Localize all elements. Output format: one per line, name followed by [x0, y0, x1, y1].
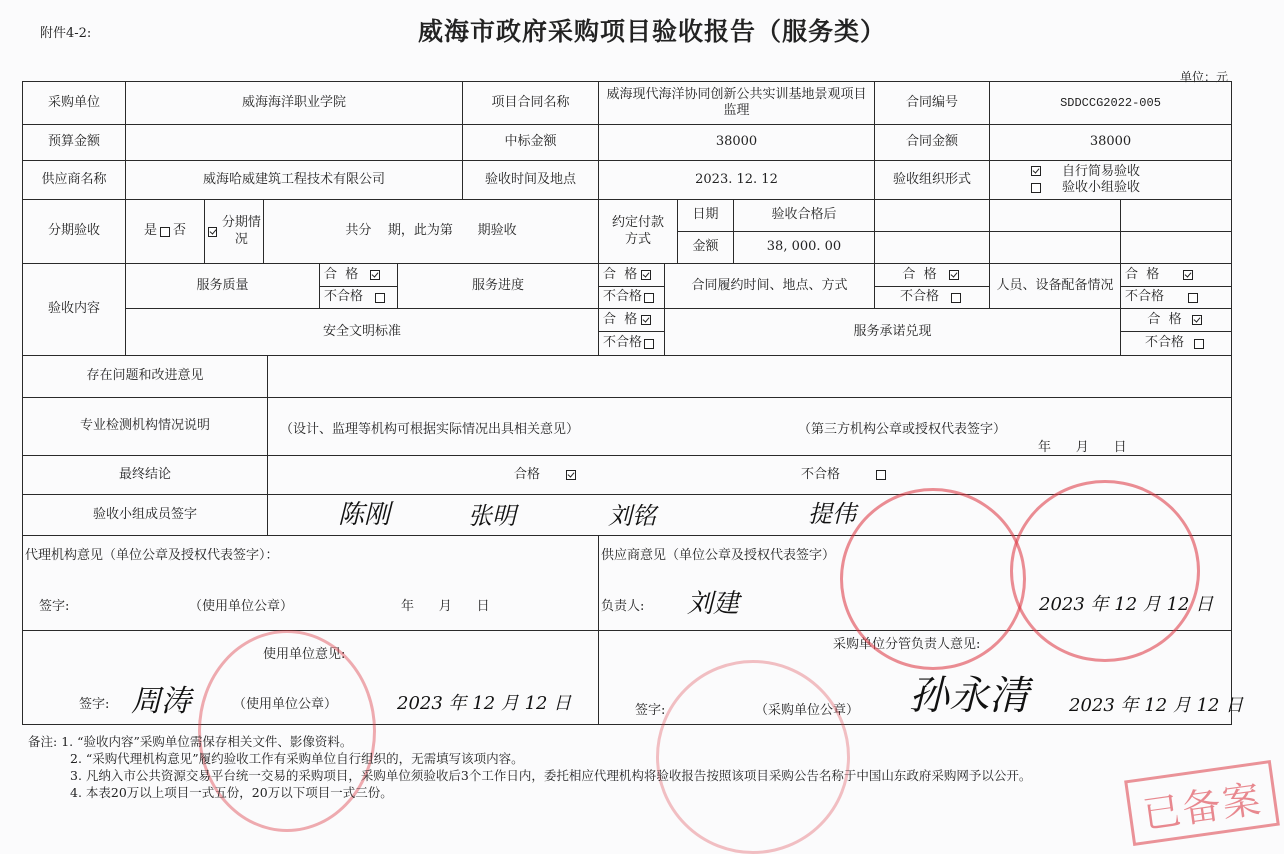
- item-service-commitment: 服务承诺兑现: [664, 308, 1121, 356]
- contract-amount-value: 38000: [989, 124, 1232, 161]
- supplier-opinion[interactable]: 供应商意见（单位公章及授权代表签字） 负责人: 刘建 2023 年 12 月 1…: [598, 535, 1232, 631]
- checkbox-personnel-equipment-fail[interactable]: [1188, 293, 1198, 303]
- item-service-quality: 服务质量: [125, 263, 320, 309]
- blank-cell: [989, 231, 1121, 264]
- checkbox-contract-performance-pass[interactable]: [949, 270, 959, 280]
- item-service-progress: 服务进度: [397, 263, 599, 309]
- blank-cell: [1120, 231, 1232, 264]
- service-progress-fail: 不合格: [598, 286, 665, 309]
- org-form-option-self[interactable]: 自行简易验收: [1028, 164, 1140, 180]
- payment-amount-value: 38, 000. 00: [733, 231, 875, 264]
- checkbox-safety-pass[interactable]: [641, 315, 651, 325]
- checkbox-conclusion-pass[interactable]: [566, 470, 576, 480]
- checkbox-service-quality-fail[interactable]: [375, 293, 385, 303]
- item-safety-standard: 安全文明标准: [125, 308, 599, 356]
- contract-name-label: 项目合同名称: [462, 81, 599, 125]
- user-signature: 周涛: [131, 683, 191, 721]
- accept-time-value: 2023. 12. 12: [598, 160, 875, 200]
- team-signature-2: 张明: [468, 501, 516, 531]
- buyer-value: 威海海洋职业学院: [125, 81, 463, 125]
- budget-label: 预算金额: [22, 124, 126, 161]
- checkbox-personnel-equipment-pass[interactable]: [1183, 270, 1193, 280]
- conclusion-value: 合格 不合格: [267, 455, 1232, 495]
- contract-no-value: SDDCCG2022-005: [989, 81, 1232, 125]
- checkbox-safety-fail[interactable]: [644, 339, 654, 349]
- payment-date-label: 日期: [677, 199, 734, 232]
- note-3: 3. 凡纳入市公共资源交易平台统一交易的采购项目，采购单位须验收后3个工作日内，…: [28, 767, 1031, 784]
- checkbox-contract-performance-fail[interactable]: [951, 293, 961, 303]
- org-form-options: 自行简易验收 验收小组验收: [989, 160, 1232, 200]
- org-form-option-team[interactable]: 验收小组验收: [1028, 180, 1140, 196]
- buyer-sign-label: 签字:: [635, 703, 665, 719]
- org-form-label: 验收组织形式: [874, 160, 990, 200]
- conclusion-fail[interactable]: 不合格: [801, 467, 889, 483]
- buyer-opinion-label: 采购单位分管负责人意见:: [833, 637, 980, 653]
- accept-time-label: 验收时间及地点: [462, 160, 599, 200]
- note-2: 2. “采购代理机构意见”履约验收工作有采购单位自行组织的，无需填写该项内容。: [28, 750, 1031, 767]
- agency-opinion-label: 代理机构意见（单位公章及授权代表签字）：: [25, 548, 279, 564]
- team-sign-label: 验收小组成员签字: [22, 494, 268, 536]
- budget-value: [125, 124, 463, 161]
- contract-performance-pass: 合 格: [874, 263, 990, 287]
- safety-pass: 合 格: [598, 308, 665, 332]
- team-signature-1: 陈刚: [338, 499, 390, 532]
- checkbox-conclusion-fail[interactable]: [876, 470, 886, 480]
- personnel-equipment-pass: 合 格: [1120, 263, 1232, 287]
- payment-amount-label: 金额: [677, 231, 734, 264]
- supplier-value: 威海哈威建筑工程技术有限公司: [125, 160, 463, 200]
- inspection-date: 年 月 日: [1038, 440, 1127, 456]
- checkbox-installment-yes[interactable]: [160, 227, 170, 237]
- buyer-label: 采购单位: [22, 81, 126, 125]
- issues-value[interactable]: [267, 355, 1232, 398]
- contract-amount-label: 合同金额: [874, 124, 990, 161]
- note-4: 4. 本表20万以上项目一式五份，20万以下项目一式三份。: [28, 784, 1031, 801]
- note-1: 1. “验收内容”采购单位需保存相关文件、影像资料。: [61, 734, 352, 749]
- user-sign-label: 签字:: [79, 697, 109, 713]
- filed-stamp: 已备案: [1124, 760, 1280, 846]
- service-quality-pass: 合 格: [319, 263, 398, 287]
- checkbox-service-commitment-pass[interactable]: [1192, 315, 1202, 325]
- notes: 备注: 1. “验收内容”采购单位需保存相关文件、影像资料。 2. “采购代理机…: [28, 733, 1031, 801]
- inspection-value[interactable]: （设计、监理等机构可根据实际情况出具相关意见） （第三方机构公章或授权代表签字）…: [267, 397, 1232, 456]
- user-date: 2023 年 12 月 12 日: [397, 693, 571, 716]
- agency-opinion[interactable]: 代理机构意见（单位公章及授权代表签字）： 签字: （使用单位公章） 年 月 日: [22, 535, 599, 631]
- blank-cell: [874, 231, 990, 264]
- contract-performance-fail: 不合格: [874, 286, 990, 309]
- agency-seal-hint: （使用单位公章）: [189, 599, 293, 615]
- inspection-sign-hint: （第三方机构公章或授权代表签字）: [798, 422, 1006, 438]
- bid-amount-value: 38000: [598, 124, 875, 161]
- contract-no-label: 合同编号: [874, 81, 990, 125]
- user-opinion[interactable]: 使用单位意见: 签字: 周涛 （使用单位公章） 2023 年 12 月 12 日: [22, 630, 599, 725]
- item-contract-performance: 合同履约时间、地点、方式: [664, 263, 875, 309]
- issues-label: 存在问题和改进意见: [22, 355, 268, 398]
- checkbox-service-quality-pass[interactable]: [370, 270, 380, 280]
- buyer-seal-hint: （采购单位公章）: [755, 703, 859, 719]
- item-personnel-equipment: 人员、设备配备情况: [989, 263, 1121, 309]
- team-signature-3: 刘铭: [608, 501, 656, 531]
- user-opinion-label: 使用单位意见:: [263, 647, 345, 663]
- document-title: 威海市政府采购项目验收报告（服务类）: [0, 12, 1284, 48]
- installment-situation-text: 共分 期，此为第 期验收: [263, 199, 599, 264]
- blank-cell: [874, 199, 990, 232]
- checkbox-self-accept[interactable]: [1031, 166, 1041, 176]
- inspection-label: 专业检测机构情况说明: [22, 397, 268, 456]
- buyer-signature: 孙永清: [909, 671, 1029, 721]
- installment-label: 分期验收: [22, 199, 126, 264]
- payment-method-label: 约定付款方式: [598, 199, 678, 264]
- checkbox-installment-no[interactable]: [208, 227, 217, 237]
- personnel-equipment-fail: 不合格: [1120, 286, 1232, 309]
- blank-cell: [1120, 199, 1232, 232]
- agency-date: 年 月 日: [401, 599, 490, 615]
- supplier-label: 供应商名称: [22, 160, 126, 200]
- service-commitment-pass: 合 格: [1120, 308, 1232, 332]
- user-seal-hint: （使用单位公章）: [233, 697, 337, 713]
- buyer-date: 2023 年 12 月 12 日: [1069, 695, 1243, 718]
- team-signatures[interactable]: 陈刚 张明 刘铭 提伟: [267, 494, 1232, 536]
- blank-cell: [989, 199, 1121, 232]
- conclusion-pass[interactable]: 合格: [514, 467, 579, 483]
- service-progress-pass: 合 格: [598, 263, 665, 287]
- inspection-hint: （设计、监理等机构可根据实际情况出具相关意见）: [280, 422, 579, 438]
- checkbox-service-progress-pass[interactable]: [641, 270, 651, 280]
- checkbox-service-progress-fail[interactable]: [644, 293, 654, 303]
- supplier-date: 2023 年 12 月 12 日: [1039, 594, 1213, 617]
- buyer-opinion[interactable]: 采购单位分管负责人意见: 签字: （采购单位公章） 孙永清 2023 年 12 …: [598, 630, 1232, 725]
- installment-situation-label: 分期情况: [204, 199, 264, 264]
- safety-fail: 不合格: [598, 331, 665, 356]
- conclusion-label: 最终结论: [22, 455, 268, 495]
- service-commitment-fail: 不合格: [1120, 331, 1232, 356]
- payment-date-value: 验收合格后: [733, 199, 875, 232]
- checkbox-service-commitment-fail[interactable]: [1194, 339, 1204, 349]
- team-signature-4: 提伟: [808, 499, 856, 529]
- checkbox-team-accept[interactable]: [1031, 183, 1041, 193]
- supplier-opinion-label: 供应商意见（单位公章及授权代表签字）: [601, 548, 835, 564]
- service-quality-fail: 不合格: [319, 286, 398, 309]
- content-label: 验收内容: [22, 263, 126, 356]
- agency-sign-label: 签字:: [39, 599, 69, 615]
- bid-amount-label: 中标金额: [462, 124, 599, 161]
- supplier-signature: 刘建: [687, 588, 739, 621]
- contract-name-value: 威海现代海洋协同创新公共实训基地景观项目监理: [598, 81, 875, 125]
- supplier-owner-label: 负责人:: [601, 599, 644, 615]
- installment-yes-no: 是否: [125, 199, 205, 264]
